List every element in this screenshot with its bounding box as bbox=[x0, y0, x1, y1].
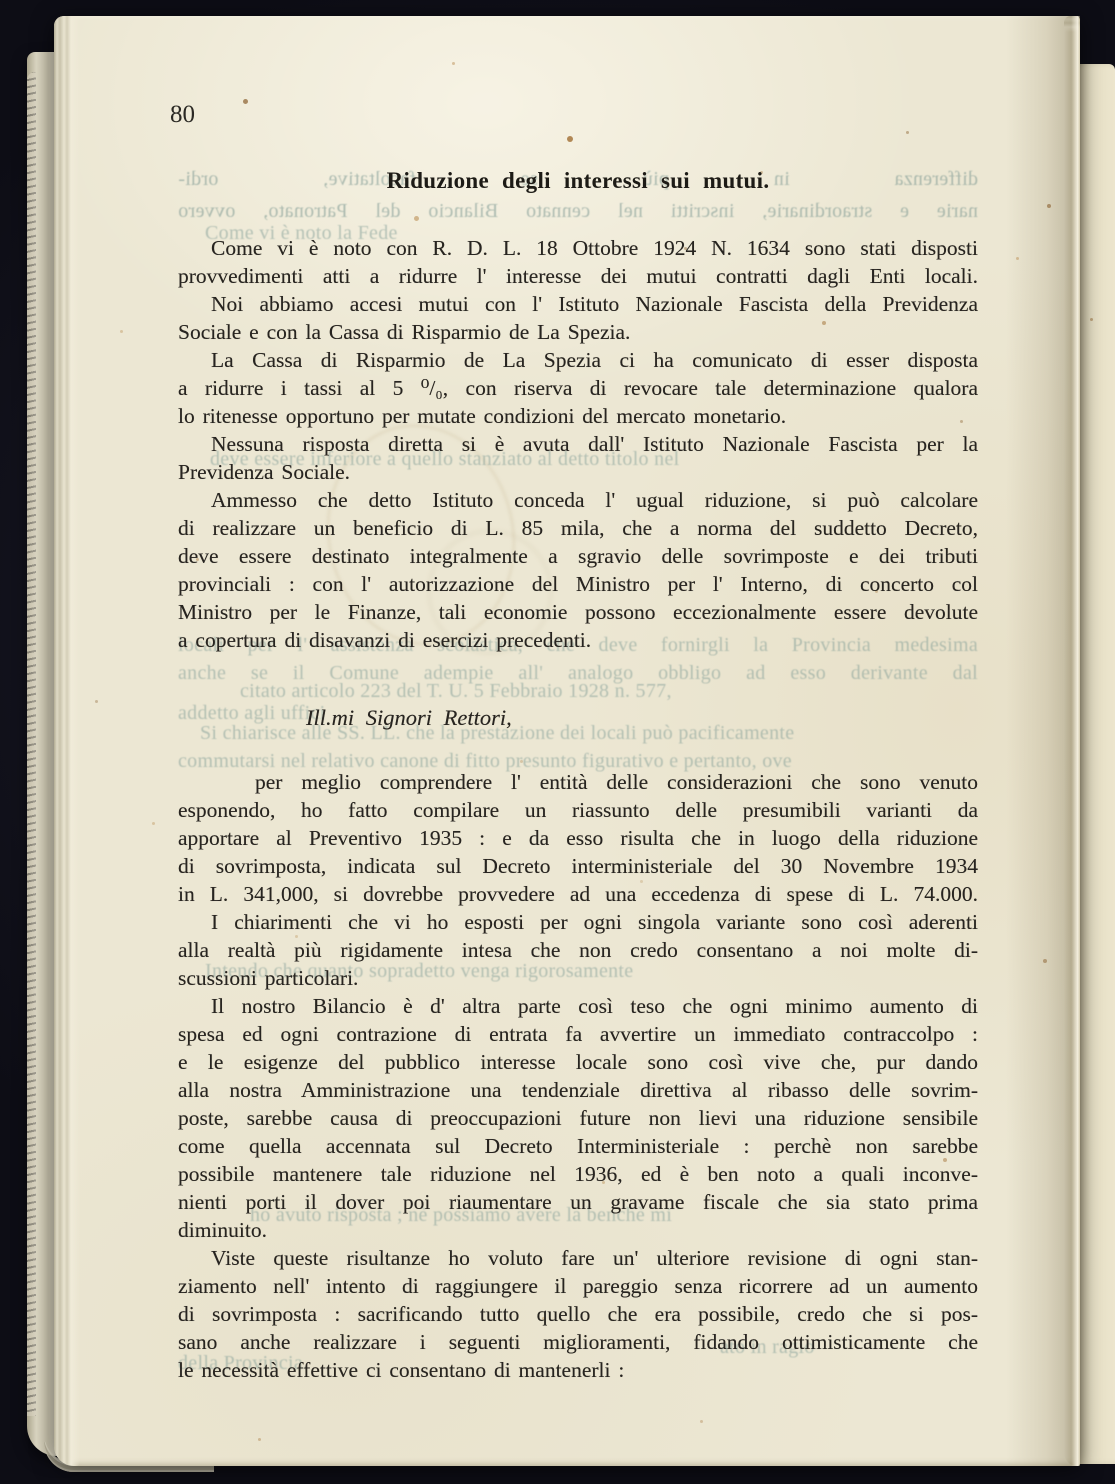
paragraph: Noi abbiamo accesi mutui con l' Istituto… bbox=[178, 290, 978, 346]
foxing-spot bbox=[1043, 959, 1047, 963]
text-line: di realizzare un beneficio di L. 85 mila… bbox=[178, 514, 978, 542]
foxing-spot bbox=[700, 1420, 703, 1423]
text-line: poste, sarebbe causa di preoccupazioni f… bbox=[178, 1104, 978, 1132]
foxing-spot bbox=[243, 99, 248, 104]
paragraph: I chiarimenti che vi ho esposti per ogni… bbox=[178, 908, 978, 992]
foxing-spot bbox=[152, 822, 155, 825]
text-line: a ridurre i tassi al 5 ⁰/₀, con riserva … bbox=[178, 374, 978, 402]
paragraph: Come vi è noto con R. D. L. 18 Ottobre 1… bbox=[178, 234, 978, 290]
paragraph: Il nostro Bilancio è d' altra parte così… bbox=[178, 992, 978, 1244]
foxing-spot bbox=[1047, 204, 1051, 208]
page-body: Come vi è noto con R. D. L. 18 Ottobre 1… bbox=[178, 234, 978, 1384]
text-line: La Cassa di Risparmio de La Spezia ci ha… bbox=[178, 346, 978, 374]
text-line: Previdenza Sociale. bbox=[178, 458, 978, 486]
text-line: e le esigenze del pubblico interesse loc… bbox=[178, 1048, 978, 1076]
text-line: Come vi è noto con R. D. L. 18 Ottobre 1… bbox=[178, 234, 978, 262]
foxing-spot bbox=[567, 136, 573, 142]
foxing-spot bbox=[120, 330, 123, 333]
text-line: deve essere destinato integralmente a sg… bbox=[178, 542, 978, 570]
section-title: Riduzione degli interessi sui mutui. bbox=[178, 168, 978, 194]
text-line: spesa ed ogni contrazione di entrata fa … bbox=[178, 1020, 978, 1048]
text-line: alla realtà più rigidamente intesa che n… bbox=[178, 936, 978, 964]
text-line: di sovrimposta, indicata sul Decreto int… bbox=[178, 852, 978, 880]
text-line: le necessità effettive ci consentano di … bbox=[178, 1356, 978, 1384]
text-line: provinciali : con l' autorizzazione del … bbox=[178, 570, 978, 598]
text-line: per meglio comprendere l' entità delle c… bbox=[178, 768, 978, 796]
text-line: Ammesso che detto Istituto conceda l' ug… bbox=[178, 486, 978, 514]
text-line: diminuito. bbox=[178, 1216, 978, 1244]
text-line: nienti porti il dover poi riaumentare un… bbox=[178, 1188, 978, 1216]
paragraph: Viste queste risultanze ho voluto fare u… bbox=[178, 1244, 978, 1384]
foxing-spot bbox=[452, 62, 455, 65]
text-line: a copertura di disavanzi di esercizi pre… bbox=[178, 626, 978, 654]
foxing-spot bbox=[414, 216, 419, 221]
text-line: lo ritenesse opportuno per mutate condiz… bbox=[178, 402, 978, 430]
text-line: Noi abbiamo accesi mutui con l' Istituto… bbox=[178, 290, 978, 318]
text-line: di sovrimposta : sacrificando tutto quel… bbox=[178, 1300, 978, 1328]
foxing-spot bbox=[1016, 257, 1019, 260]
paragraph: Ammesso che detto Istituto conceda l' ug… bbox=[178, 486, 978, 654]
text-line: scussioni particolari. bbox=[178, 964, 978, 992]
text-line: Nessuna risposta diretta si è avuta dall… bbox=[178, 430, 978, 458]
foxing-spot bbox=[1090, 318, 1093, 321]
text-line: in L. 341,000, si dovrebbe provvedere ad… bbox=[178, 880, 978, 908]
text-line: sano anche realizzare i seguenti miglior… bbox=[178, 1328, 978, 1356]
text-line: esponendo, ho fatto compilare un riassun… bbox=[178, 796, 978, 824]
text-line: Sociale e con la Cassa di Risparmio de L… bbox=[178, 318, 978, 346]
text-line: Viste queste risultanze ho voluto fare u… bbox=[178, 1244, 978, 1272]
text-line: I chiarimenti che vi ho esposti per ogni… bbox=[178, 908, 978, 936]
facing-page-edge bbox=[1076, 64, 1115, 1464]
text-line: provvedimenti atti a ridurre l' interess… bbox=[178, 262, 978, 290]
page-number: 80 bbox=[170, 101, 195, 129]
bleedthrough-line: narie e straordinarie, inscritti nel cen… bbox=[178, 200, 978, 222]
text-line: ziamento nell' intento di raggiungere il… bbox=[178, 1272, 978, 1300]
text-line: come quella accennata sul Decreto Interm… bbox=[178, 1132, 978, 1160]
paragraph: La Cassa di Risparmio de La Spezia ci ha… bbox=[178, 346, 978, 430]
text-line: apportare al Preventivo 1935 : e da esso… bbox=[178, 824, 978, 852]
text-line: possibile mantenere tale riduzione nel 1… bbox=[178, 1160, 978, 1188]
foxing-spot bbox=[95, 700, 98, 703]
paragraph: Nessuna risposta diretta si è avuta dall… bbox=[178, 430, 978, 486]
text-line: alla nostra Amministrazione una tendenzi… bbox=[178, 1076, 978, 1104]
salutation: Ill.mi Signori Rettori, bbox=[178, 704, 978, 732]
text-line: Ministro per le Finanze, tali economie p… bbox=[178, 598, 978, 626]
foxing-spot bbox=[258, 1438, 261, 1441]
text-line: Il nostro Bilancio è d' altra parte così… bbox=[178, 992, 978, 1020]
paragraph: per meglio comprendere l' entità delle c… bbox=[178, 768, 978, 908]
foxing-spot bbox=[906, 131, 909, 134]
book-photo: differenza in più se facoltative, ordi-n… bbox=[0, 0, 1115, 1484]
